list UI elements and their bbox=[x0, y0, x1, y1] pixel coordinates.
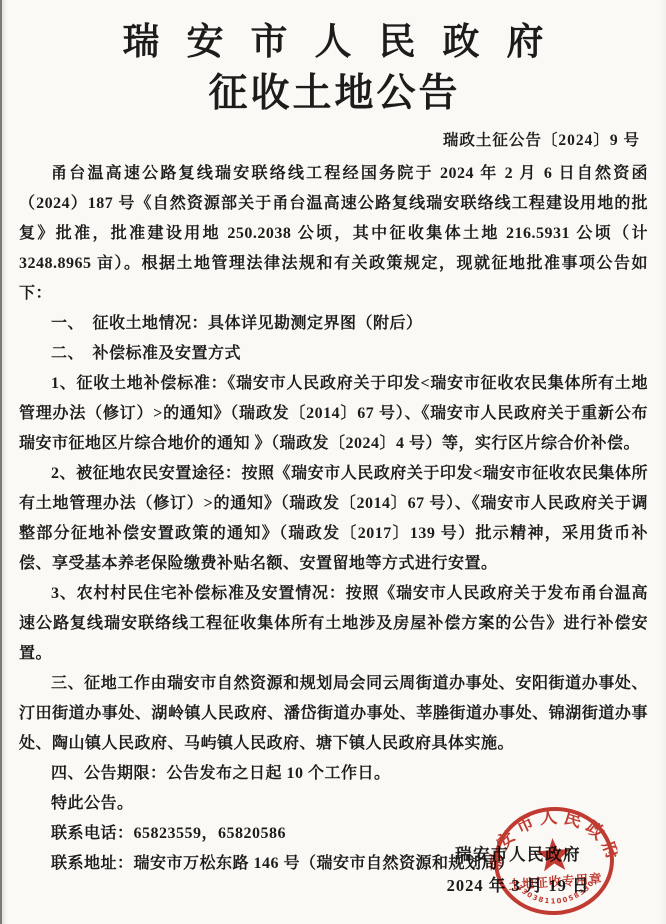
paragraph-intro: 甬台温高速公路复线瑞安联络线工程经国务院于 2024 年 2 月 6 日自然资函… bbox=[19, 159, 648, 309]
seal-ring-text: 瑞安市人民政府 bbox=[486, 802, 622, 875]
paragraph-compensation-standard: 1、征收土地补偿标准：《瑞安市人民政府关于印发<瑞安市征收农民集体所有土地管理办… bbox=[19, 369, 648, 459]
seal-star-icon bbox=[535, 837, 571, 872]
document-number: 瑞政土征公告〔2024〕9 号 bbox=[0, 128, 666, 150]
paragraph-period: 四、公告期限：公告发布之日起 10 个工作日。 bbox=[19, 759, 648, 789]
document-page: 瑞安市人民政府 征收土地公告 瑞政土征公告〔2024〕9 号 甬台温高速公路复线… bbox=[0, 0, 666, 924]
official-seal: 瑞安市人民政府 土地征收专用章 33038110058330 bbox=[486, 800, 622, 923]
paragraph-implementation: 三、征地工作由瑞安市自然资源和规划局会同云周街道办事处、安阳街道办事处、汀田街道… bbox=[19, 669, 648, 759]
section-2-heading: 二、 补偿标准及安置方式 bbox=[19, 339, 648, 369]
document-body: 甬台温高速公路复线瑞安联络线工程经国务院于 2024 年 2 月 6 日自然资函… bbox=[0, 159, 666, 879]
document-title-org: 瑞安市人民政府 bbox=[0, 0, 666, 66]
scan-edge bbox=[0, 0, 2, 924]
paragraph-resettlement: 2、被征地农民安置途径：按照《瑞安市人民政府关于印发<瑞安市征收农民集体所有土地… bbox=[19, 459, 648, 579]
document-title-subject: 征收土地公告 bbox=[0, 70, 666, 118]
section-1-heading: 一、 征收土地情况：具体详见勘测定界图（附后） bbox=[19, 309, 648, 339]
paragraph-housing: 3、农村村民住宅补偿标准及安置情况：按照《瑞安市人民政府关于发布甬台温高速公路复… bbox=[19, 579, 648, 669]
